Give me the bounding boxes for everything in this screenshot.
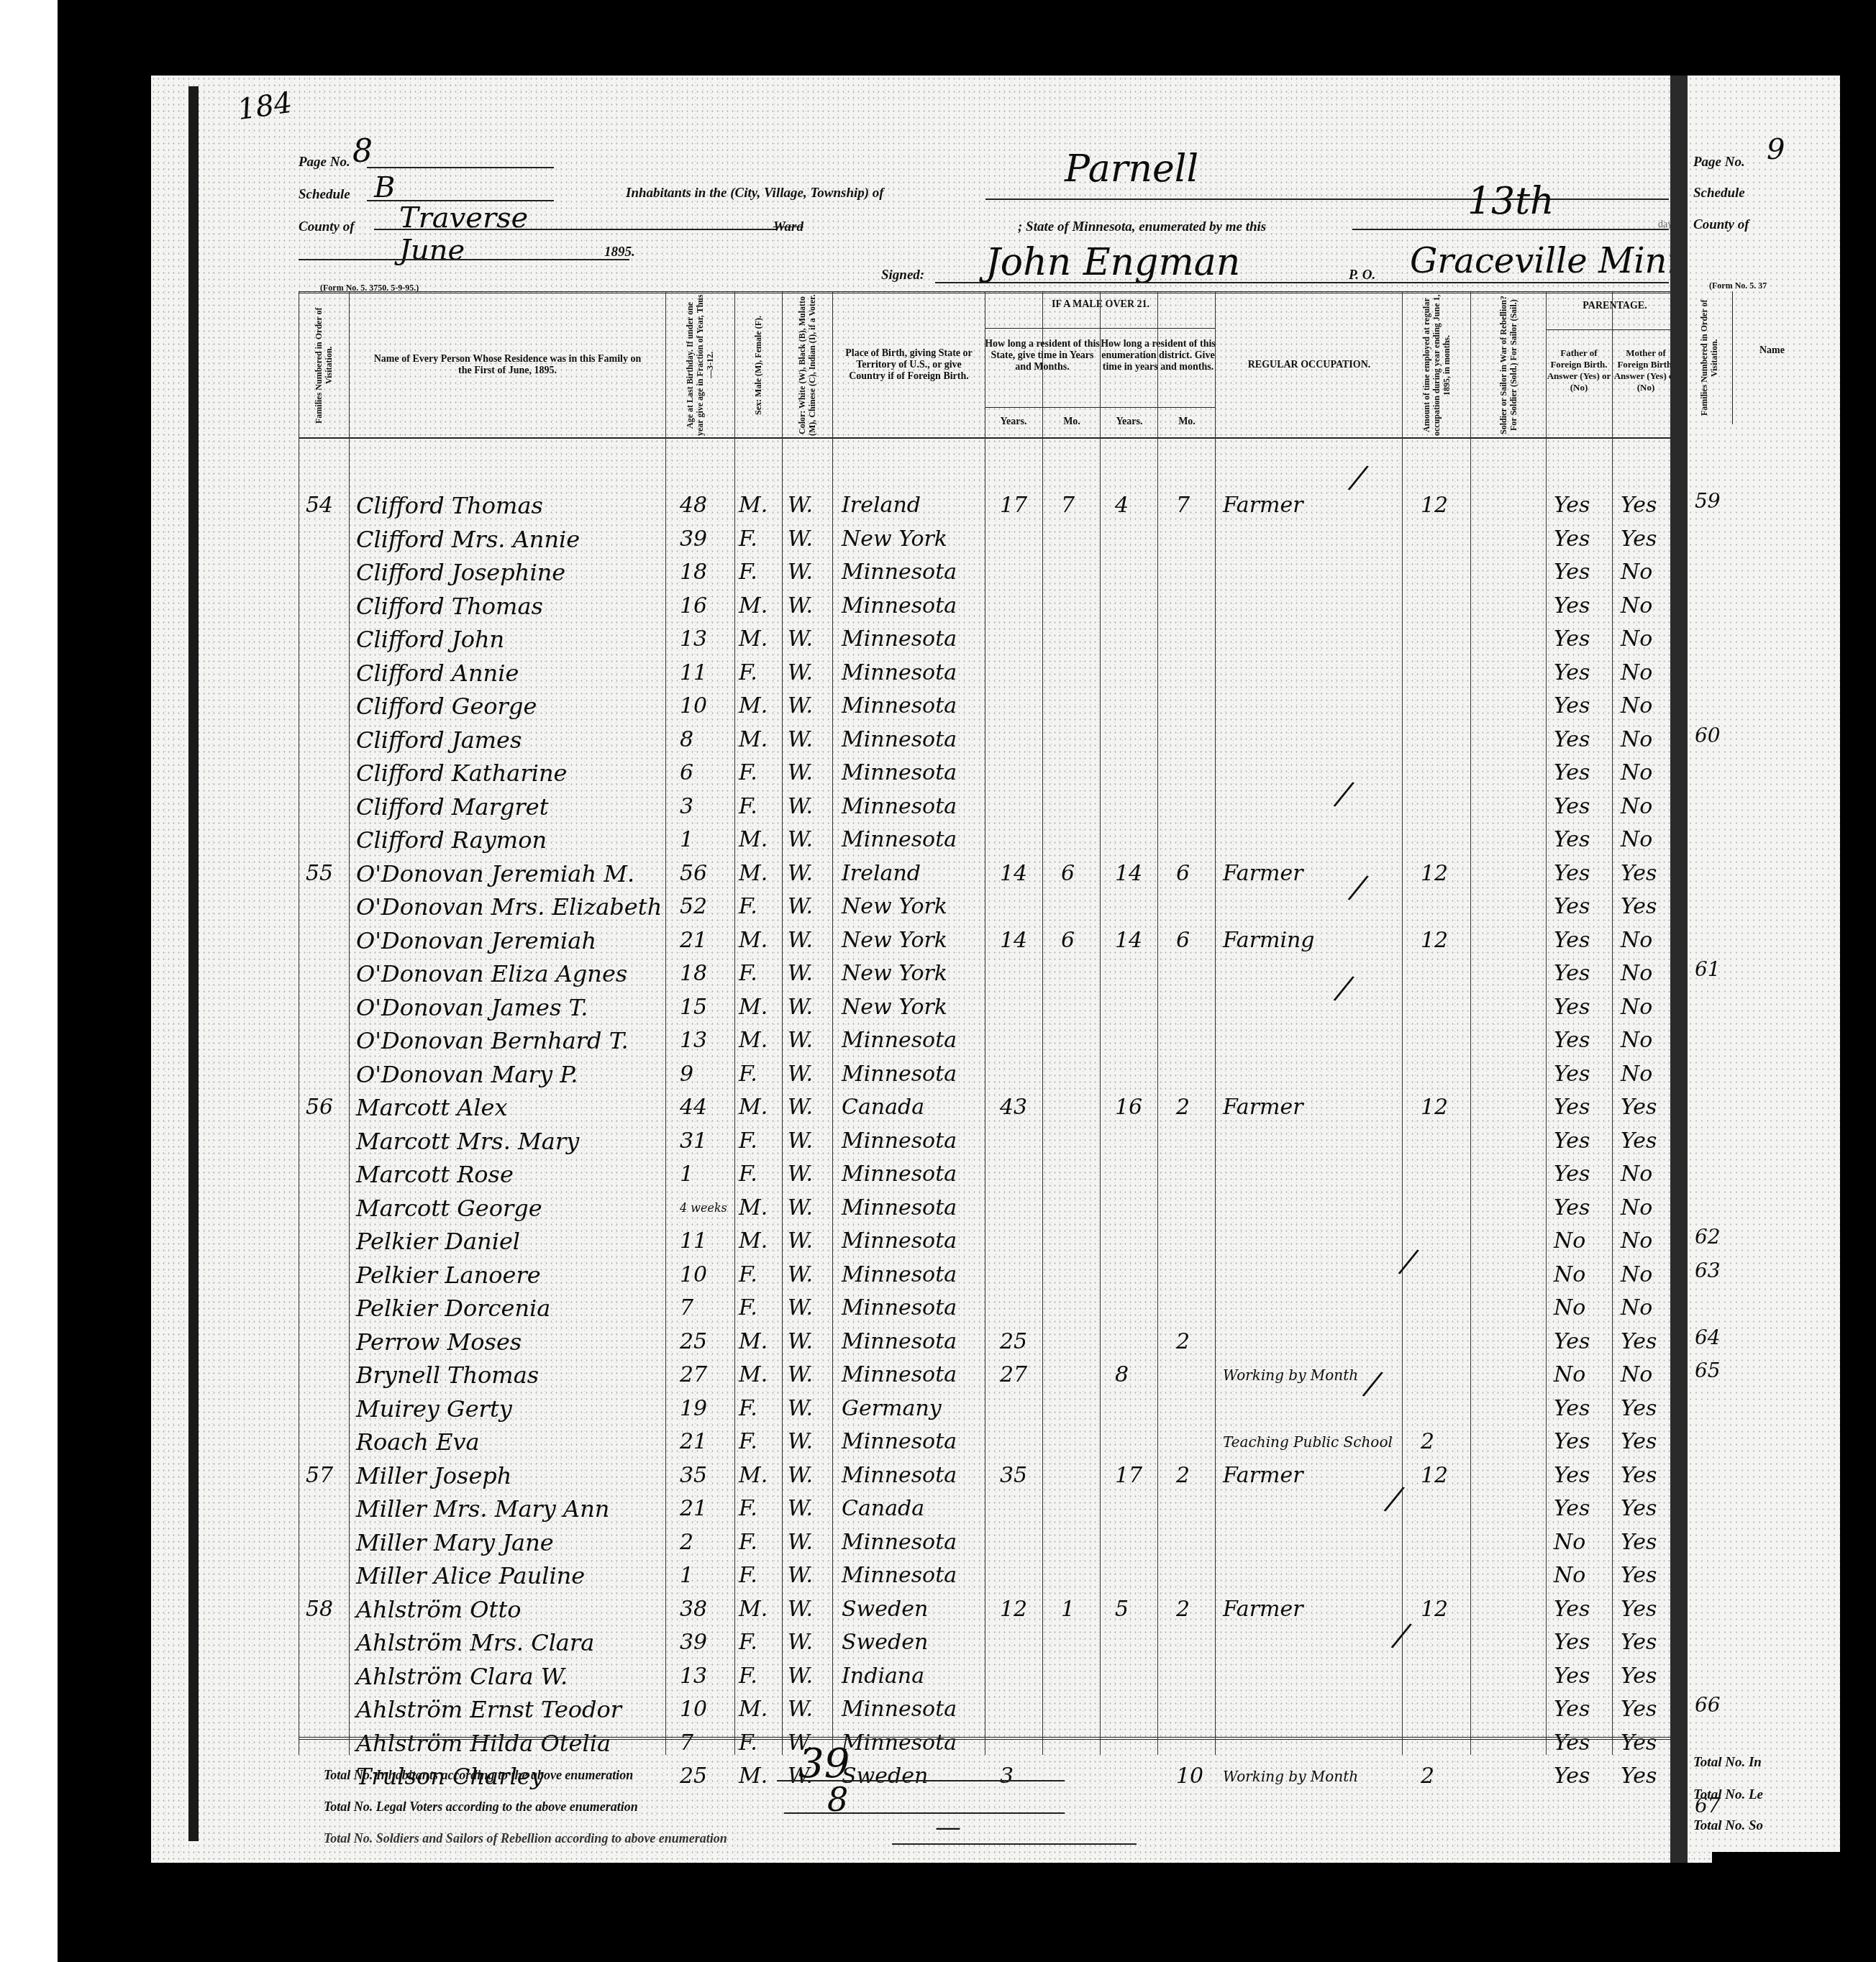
person-name-cell: Clifford Mrs. Annie [356, 523, 580, 557]
person-name-cell: Roach Eva [356, 1425, 480, 1459]
sex-cell: F. [739, 1392, 757, 1426]
next-page-family-number: 60 [1695, 724, 1721, 747]
mother-foreign-birth-cell: No [1621, 1158, 1652, 1192]
state-years-cell: 17 [1000, 489, 1027, 523]
color-cell: W. [788, 657, 813, 690]
birthplace-cell: Minnesota [842, 690, 957, 724]
person-name-cell: O'Donovan Mary P. [356, 1058, 578, 1092]
birthplace-cell: Minnesota [842, 1425, 957, 1459]
age-cell: 10 [680, 690, 707, 724]
po-label: P. O. [1349, 268, 1375, 283]
table-row: 58Ahlström Otto38M.W.Sweden12152Farmer12… [299, 1593, 1705, 1627]
table-row: Ahlström Ernst Teodor10M.W.MinnesotaYesY… [299, 1693, 1705, 1727]
mother-foreign-birth-cell: Yes [1621, 1425, 1657, 1459]
column-rule [782, 291, 783, 1755]
person-name-cell: Ahlström Mrs. Clara [356, 1626, 594, 1660]
father-foreign-birth-cell: Yes [1554, 489, 1590, 523]
sex-cell: F. [739, 1425, 757, 1459]
birthplace-cell: Minnesota [842, 623, 957, 657]
color-cell: W. [788, 890, 813, 924]
age-cell: 10 [680, 1259, 707, 1292]
col-father-foreign: Father of Foreign Birth. Answer (Yes) or… [1546, 329, 1612, 393]
page-no-label: Page No. [299, 155, 350, 170]
family-number-cell: 58 [306, 1593, 333, 1627]
table-row: Clifford Katharine6F.W.MinnesotaYesNo [299, 757, 1705, 790]
father-foreign-birth-cell: Yes [1554, 857, 1590, 891]
birthplace-cell: Minnesota [842, 1292, 957, 1326]
table-row: 56Marcott Alex44M.W.Canada43162Farmer12Y… [299, 1091, 1705, 1125]
column-rule [832, 291, 833, 1755]
table-row: 54Clifford Thomas48M.W.Ireland17747Farme… [299, 489, 1705, 523]
col-birthplace: Place of Birth, giving State or Territor… [832, 293, 985, 437]
person-name-cell: Pelkier Dorcenia [356, 1292, 550, 1326]
sex-cell: F. [739, 1559, 757, 1593]
person-name-cell: O'Donovan Jeremiah [356, 924, 596, 958]
father-foreign-birth-cell: Yes [1554, 1760, 1590, 1794]
mother-foreign-birth-cell: No [1621, 724, 1652, 757]
father-foreign-birth-cell: Yes [1554, 1392, 1590, 1426]
mother-foreign-birth-cell: No [1621, 657, 1652, 690]
column-rule [734, 291, 735, 1755]
ward-label: Ward [773, 219, 803, 235]
table-row: Miller Mrs. Mary Ann21F.W.CanadaYesYes [299, 1492, 1705, 1526]
table-header: Families Numbered in Order of Visitation… [299, 291, 1705, 439]
mother-foreign-birth-cell: Yes [1621, 1492, 1657, 1526]
age-cell: 18 [680, 957, 707, 991]
age-cell: 13 [680, 623, 707, 657]
next-page-family-number: 63 [1695, 1259, 1721, 1282]
col-sex: Sex: Male (M), Female (F). [734, 293, 783, 437]
age-cell: 21 [680, 1425, 707, 1459]
father-foreign-birth-cell: No [1554, 1359, 1585, 1392]
birthplace-cell: Minnesota [842, 556, 957, 590]
occupation-cell: Teaching Public School [1223, 1425, 1393, 1459]
state-years-cell: 12 [1000, 1593, 1027, 1627]
birthplace-cell: Minnesota [842, 1526, 957, 1560]
col-soldier: Soldier or Sailor in War of Rebellion? F… [1470, 293, 1547, 437]
table-row: O'Donovan Eliza Agnes18F.W.New YorkYesNo [299, 957, 1705, 991]
person-name-cell: Brynell Thomas [356, 1359, 539, 1392]
age-cell: 19 [680, 1392, 707, 1426]
table-row: Clifford Josephine18F.W.MinnesotaYesNo [299, 556, 1705, 590]
father-foreign-birth-cell: Yes [1554, 1492, 1590, 1526]
father-foreign-birth-cell: No [1554, 1259, 1585, 1292]
occupation-cell: Working by Month [1223, 1359, 1358, 1392]
father-foreign-birth-cell: No [1554, 1559, 1585, 1593]
birthplace-cell: New York [842, 991, 947, 1025]
color-cell: W. [788, 1593, 813, 1627]
family-number-cell: 55 [306, 857, 333, 891]
age-cell: 8 [680, 724, 693, 757]
age-cell: 39 [680, 1626, 707, 1660]
state-label: ; State of Minnesota, enumerated by me t… [1018, 219, 1266, 235]
color-cell: W. [788, 1326, 813, 1359]
age-cell: 6 [680, 757, 693, 790]
sex-cell: F. [739, 1058, 757, 1092]
table-row: Brynell Thomas27M.W.Minnesota278Working … [299, 1359, 1705, 1392]
table-row: O'Donovan Mrs. Elizabeth52F.W.New YorkYe… [299, 890, 1705, 924]
father-foreign-birth-cell: Yes [1554, 1693, 1590, 1727]
sex-cell: M. [739, 1359, 768, 1392]
father-foreign-birth-cell: Yes [1554, 724, 1590, 757]
occupation-cell: Farmer [1223, 489, 1303, 523]
enumerator-signature: John Engman [985, 241, 1240, 284]
district-months-cell: 6 [1176, 857, 1190, 891]
person-name-cell: Miller Mrs. Mary Ann [356, 1492, 609, 1526]
birthplace-cell: Minnesota [842, 1058, 957, 1092]
table-row: Clifford Raymon1M.W.MinnesotaYesNo [299, 823, 1705, 857]
column-rule [299, 291, 299, 1755]
person-name-cell: Marcott Rose [356, 1158, 514, 1192]
father-foreign-birth-cell: Yes [1554, 1192, 1590, 1226]
person-name-cell: Miller Mary Jane [356, 1526, 554, 1560]
district-months-cell: 7 [1176, 489, 1190, 523]
district-years-cell: 4 [1115, 489, 1129, 523]
months-employed-cell: 12 [1421, 1593, 1448, 1627]
person-name-cell: Clifford John [356, 623, 504, 657]
total-soldiers-label: Total No. Soldiers and Sailors of Rebell… [324, 1831, 727, 1846]
person-name-cell: O'Donovan Bernhard T. [356, 1024, 629, 1058]
state-years-cell: 43 [1000, 1091, 1027, 1125]
column-rule [1612, 291, 1613, 1755]
table-row: Ahlström Hilda Otelia7F.W.MinnesotaYesYe… [299, 1727, 1705, 1761]
sex-cell: F. [739, 1492, 757, 1526]
color-cell: W. [788, 623, 813, 657]
birthplace-cell: Minnesota [842, 1727, 957, 1761]
mother-foreign-birth-cell: No [1621, 623, 1652, 657]
column-rule [1042, 291, 1043, 1755]
age-cell: 13 [680, 1024, 707, 1058]
scan-margin [0, 0, 58, 1962]
mother-foreign-birth-cell: Yes [1621, 1326, 1657, 1359]
day-value: 13th [1467, 180, 1554, 223]
occupation-cell: Farming [1223, 924, 1315, 958]
year-label: 1895. [604, 245, 635, 260]
column-rule [1470, 291, 1471, 1755]
age-cell: 11 [680, 657, 707, 690]
mother-foreign-birth-cell: Yes [1621, 1760, 1657, 1794]
table-row: Pelkier Dorcenia7F.W.MinnesotaNoNo [299, 1292, 1705, 1326]
father-foreign-birth-cell: Yes [1554, 790, 1590, 824]
mother-foreign-birth-cell: Yes [1621, 489, 1657, 523]
age-cell: 39 [680, 523, 707, 557]
table-row: Clifford John13M.W.MinnesotaYesNo [299, 623, 1705, 657]
person-name-cell: Pelkier Lanoere [356, 1259, 541, 1292]
book-spine [1670, 76, 1688, 1863]
age-cell: 21 [680, 924, 707, 958]
mother-foreign-birth-cell: No [1621, 1058, 1652, 1092]
column-rule [665, 291, 666, 1755]
mother-foreign-birth-cell: No [1621, 823, 1652, 857]
sex-cell: F. [739, 1259, 757, 1292]
state-years-cell: 14 [1000, 924, 1027, 958]
months-employed-cell: 12 [1421, 857, 1448, 891]
next-page-no-value: 9 [1767, 133, 1785, 166]
sex-cell: M. [739, 1593, 768, 1627]
color-cell: W. [788, 690, 813, 724]
col-mother-foreign: Mother of Foreign Birth. Answer (Yes) or… [1612, 329, 1679, 393]
age-cell: 1 [680, 1158, 693, 1192]
state-years-cell: 3 [1000, 1760, 1014, 1794]
age-cell: 44 [680, 1091, 707, 1125]
sex-cell: F. [739, 523, 757, 557]
sex-cell: F. [739, 657, 757, 690]
col-age: Age at Last Birthday. If under one year … [665, 293, 735, 437]
sex-cell: F. [739, 1626, 757, 1660]
next-col-name: Name [1759, 345, 1785, 357]
district-months-cell: 2 [1176, 1459, 1190, 1493]
person-name-cell: Ahlström Ernst Teodor [356, 1693, 621, 1727]
father-foreign-birth-cell: Yes [1554, 890, 1590, 924]
table-row: O'Donovan James T.15M.W.New YorkYesNo [299, 991, 1705, 1025]
mother-foreign-birth-cell: Yes [1621, 1526, 1657, 1560]
inhabitants-label: Inhabitants in the (City, Village, Towns… [626, 186, 884, 201]
table-row: 55O'Donovan Jeremiah M.56M.W.Ireland1461… [299, 857, 1705, 891]
father-foreign-birth-cell: Yes [1554, 1326, 1590, 1359]
months-employed-cell: 12 [1421, 924, 1448, 958]
table-row: Clifford Mrs. Annie39F.W.New YorkYesYes [299, 523, 1705, 557]
father-foreign-birth-cell: Yes [1554, 924, 1590, 958]
table-row: Marcott Rose1F.W.MinnesotaYesNo [299, 1158, 1705, 1192]
color-cell: W. [788, 1660, 813, 1694]
age-cell: 18 [680, 556, 707, 590]
next-page-family-number: 59 [1695, 489, 1721, 513]
birthplace-cell: Minnesota [842, 1359, 957, 1392]
birthplace-cell: New York [842, 523, 947, 557]
table-row: O'Donovan Jeremiah21M.W.New York146146Fa… [299, 924, 1705, 958]
birthplace-cell: Minnesota [842, 590, 957, 624]
mother-foreign-birth-cell: No [1621, 1359, 1652, 1392]
district-months-cell: 2 [1176, 1326, 1190, 1359]
table-row: Marcott George4 weeksM.W.MinnesotaYesNo [299, 1192, 1705, 1226]
table-row: Clifford George10M.W.MinnesotaYesNo [299, 690, 1705, 724]
father-foreign-birth-cell: Yes [1554, 957, 1590, 991]
county-label: County of [299, 219, 355, 235]
table-row: Muirey Gerty19F.W.GermanyYesYes [299, 1392, 1705, 1426]
father-foreign-birth-cell: Yes [1554, 1125, 1590, 1159]
mother-foreign-birth-cell: Yes [1621, 523, 1657, 557]
months-employed-cell: 12 [1421, 1459, 1448, 1493]
color-cell: W. [788, 724, 813, 757]
col-state-months: Mo. [1042, 407, 1101, 438]
sex-cell: F. [739, 790, 757, 824]
birthplace-cell: New York [842, 890, 947, 924]
birthplace-cell: Minnesota [842, 657, 957, 690]
birthplace-cell: New York [842, 924, 947, 958]
sex-cell: M. [739, 991, 768, 1025]
color-cell: W. [788, 1225, 813, 1259]
color-cell: W. [788, 1091, 813, 1125]
age-cell: 3 [680, 790, 693, 824]
state-years-cell: 27 [1000, 1359, 1027, 1392]
birthplace-cell: Minnesota [842, 1326, 957, 1359]
sex-cell: F. [739, 1727, 757, 1761]
father-foreign-birth-cell: Yes [1554, 1593, 1590, 1627]
age-cell: 10 [680, 1693, 707, 1727]
person-name-cell: Ahlström Hilda Otelia [356, 1727, 611, 1761]
person-name-cell: Miller Alice Pauline [356, 1559, 585, 1593]
birthplace-cell: Germany [842, 1392, 942, 1426]
age-cell: 25 [680, 1326, 707, 1359]
mother-foreign-birth-cell: No [1621, 1225, 1652, 1259]
mother-foreign-birth-cell: Yes [1621, 1392, 1657, 1426]
state-years-cell: 14 [1000, 857, 1027, 891]
sex-cell: M. [739, 690, 768, 724]
color-cell: W. [788, 1492, 813, 1526]
person-name-cell: Clifford Annie [356, 657, 519, 690]
person-name-cell: O'Donovan James T. [356, 991, 588, 1025]
next-page-family-number: 61 [1695, 957, 1721, 981]
father-foreign-birth-cell: Yes [1554, 657, 1590, 690]
father-foreign-birth-cell: Yes [1554, 1158, 1590, 1192]
person-name-cell: Ahlström Otto [356, 1593, 522, 1627]
person-name-cell: Perrow Moses [356, 1326, 522, 1359]
next-total-inhabitants: Total No. In [1693, 1755, 1762, 1771]
mother-foreign-birth-cell: Yes [1621, 1660, 1657, 1694]
age-cell: 11 [680, 1225, 707, 1259]
birthplace-cell: Canada [842, 1091, 924, 1125]
sex-cell: M. [739, 1326, 768, 1359]
sex-cell: M. [739, 1693, 768, 1727]
birthplace-cell: Minnesota [842, 1559, 957, 1593]
father-foreign-birth-cell: Yes [1554, 1459, 1590, 1493]
next-page-no-label: Page No. [1693, 155, 1745, 170]
table-row: O'Donovan Bernhard T.13M.W.MinnesotaYesN… [299, 1024, 1705, 1058]
birthplace-cell: Ireland [842, 489, 921, 523]
months-employed-cell: 12 [1421, 489, 1448, 523]
color-cell: W. [788, 1292, 813, 1326]
post-office-value: Graceville Minn [1410, 241, 1689, 281]
birthplace-cell: Minnesota [842, 1693, 957, 1727]
sex-cell: M. [739, 724, 768, 757]
table-row: Clifford James8M.W.MinnesotaYesNo [299, 724, 1705, 757]
schedule-label: Schedule [299, 187, 350, 203]
birthplace-cell: Minnesota [842, 1459, 957, 1493]
color-cell: W. [788, 1559, 813, 1593]
column-rule [985, 291, 985, 1755]
age-cell: 27 [680, 1359, 707, 1392]
state-years-cell: 35 [1000, 1459, 1027, 1493]
age-cell: 7 [680, 1292, 693, 1326]
total-voters-label: Total No. Legal Voters according to the … [324, 1799, 638, 1815]
mother-foreign-birth-cell: Yes [1621, 1559, 1657, 1593]
age-cell: 56 [680, 857, 707, 891]
signed-label: Signed: [881, 268, 924, 283]
next-page-family-number: 62 [1695, 1225, 1721, 1249]
col-name: Name of Every Person Whose Residence was… [349, 293, 665, 437]
color-cell: W. [788, 590, 813, 624]
age-cell: 38 [680, 1593, 707, 1627]
mother-foreign-birth-cell: No [1621, 1292, 1652, 1326]
father-foreign-birth-cell: Yes [1554, 1425, 1590, 1459]
age-cell: 48 [680, 489, 707, 523]
color-cell: W. [788, 523, 813, 557]
birthplace-cell: Sweden [842, 1593, 928, 1627]
mother-foreign-birth-cell: Yes [1621, 1593, 1657, 1627]
mother-foreign-birth-cell: No [1621, 1259, 1652, 1292]
column-rule [1402, 291, 1403, 1755]
person-name-cell: Miller Joseph [356, 1459, 511, 1493]
district-years-cell: 17 [1115, 1459, 1142, 1493]
table-row: Roach Eva21F.W.MinnesotaTeaching Public … [299, 1425, 1705, 1459]
father-foreign-birth-cell: Yes [1554, 1626, 1590, 1660]
father-foreign-birth-cell: Yes [1554, 1058, 1590, 1092]
page-no-value: 8 [352, 133, 373, 170]
sex-cell: F. [739, 1125, 757, 1159]
father-foreign-birth-cell: Yes [1554, 623, 1590, 657]
age-cell: 1 [680, 1559, 693, 1593]
mother-foreign-birth-cell: Yes [1621, 1125, 1657, 1159]
birthplace-cell: Minnesota [842, 823, 957, 857]
sex-cell: F. [739, 957, 757, 991]
father-foreign-birth-cell: Yes [1554, 523, 1590, 557]
sex-cell: F. [739, 556, 757, 590]
table-row: O'Donovan Mary P.9F.W.MinnesotaYesNo [299, 1058, 1705, 1092]
mother-foreign-birth-cell: No [1621, 690, 1652, 724]
father-foreign-birth-cell: Yes [1554, 757, 1590, 790]
sex-cell: M. [739, 590, 768, 624]
color-cell: W. [788, 857, 813, 891]
sex-cell: F. [739, 1158, 757, 1192]
next-total-voters: Total No. Le [1693, 1787, 1763, 1803]
color-cell: W. [788, 1058, 813, 1092]
color-cell: W. [788, 1425, 813, 1459]
birthplace-cell: Minnesota [842, 1024, 957, 1058]
table-row: Pelkier Daniel11M.W.MinnesotaNoNo [299, 1225, 1705, 1259]
father-foreign-birth-cell: Yes [1554, 1091, 1590, 1125]
person-name-cell: Marcott Mrs. Mary [356, 1125, 579, 1159]
birthplace-cell: Minnesota [842, 790, 957, 824]
color-cell: W. [788, 1526, 813, 1560]
district-months-cell: 2 [1176, 1091, 1190, 1125]
state-months-cell: 6 [1061, 924, 1075, 958]
column-rule [1100, 291, 1101, 1755]
state-months-cell: 1 [1061, 1593, 1075, 1627]
column-rule [349, 291, 350, 1755]
father-foreign-birth-cell: Yes [1554, 556, 1590, 590]
father-foreign-birth-cell: No [1554, 1526, 1585, 1560]
color-cell: W. [788, 790, 813, 824]
color-cell: W. [788, 1392, 813, 1426]
months-employed-cell: 12 [1421, 1091, 1448, 1125]
sex-cell: F. [739, 890, 757, 924]
table-row: Clifford Margret3F.W.MinnesotaYesNo [299, 790, 1705, 824]
table-row: Marcott Mrs. Mary31F.W.MinnesotaYesYes [299, 1125, 1705, 1159]
birthplace-cell: Ireland [842, 857, 921, 891]
birthplace-cell: Minnesota [842, 757, 957, 790]
color-cell: W. [788, 957, 813, 991]
district-years-cell: 5 [1115, 1593, 1129, 1627]
person-name-cell: O'Donovan Eliza Agnes [356, 957, 627, 991]
total-soldiers-value: — [935, 1812, 961, 1842]
mother-foreign-birth-cell: Yes [1621, 1727, 1657, 1761]
person-name-cell: Clifford Raymon [356, 823, 547, 857]
birthplace-cell: New York [842, 957, 947, 991]
next-page-family-number: 66 [1695, 1693, 1721, 1717]
birthplace-cell: Minnesota [842, 1225, 957, 1259]
column-rule [1215, 291, 1216, 1755]
color-cell: W. [788, 1125, 813, 1159]
age-cell: 52 [680, 890, 707, 924]
mother-foreign-birth-cell: Yes [1621, 1091, 1657, 1125]
occupation-cell: Farmer [1223, 1091, 1303, 1125]
person-name-cell: Clifford Margret [356, 790, 549, 824]
col-district-months: Mo. [1157, 407, 1216, 438]
birthplace-cell: Indiana [842, 1660, 924, 1694]
table-row: 57Miller Joseph35M.W.Minnesota35172Farme… [299, 1459, 1705, 1493]
color-cell: W. [788, 991, 813, 1025]
column-rule [1157, 291, 1158, 1755]
